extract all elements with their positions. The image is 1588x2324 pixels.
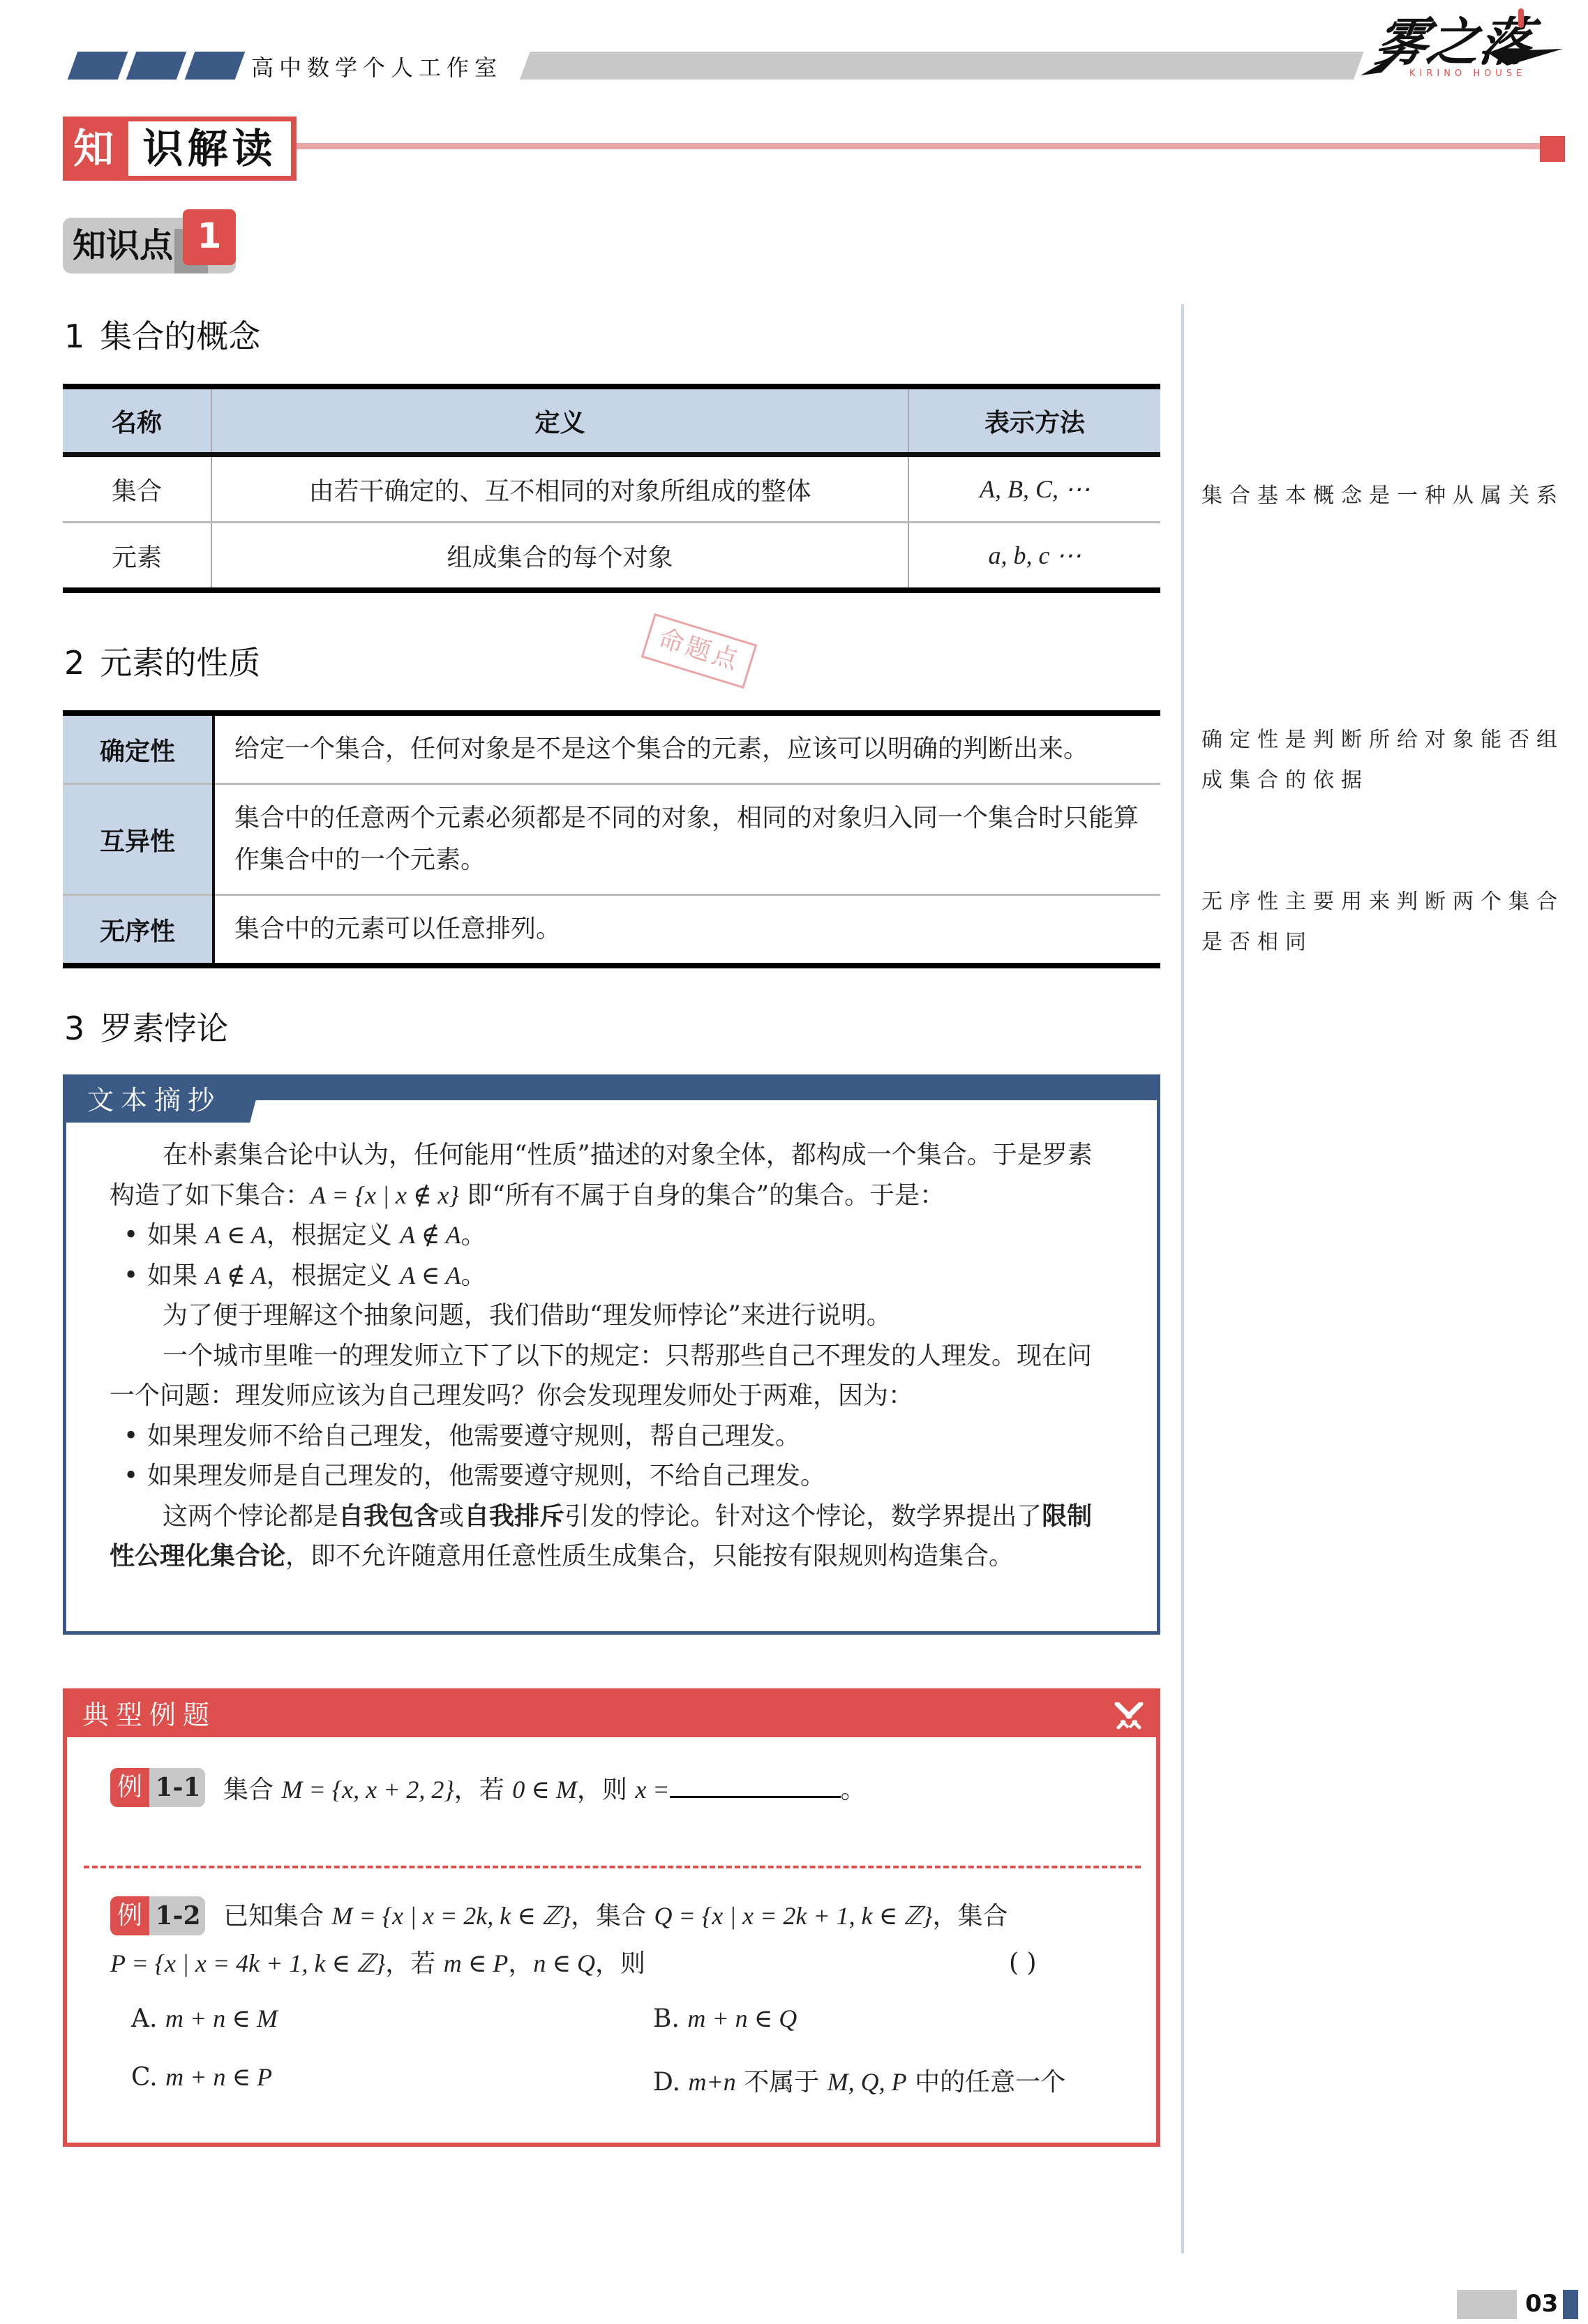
- property-description: 集合中的任意两个元素必须都是不同的对象，相同的对象归入同一个集合时只能算作集合中…: [214, 784, 1160, 895]
- paragraph: 这两个悖论都是自我包含或自我排斥引发的悖论。针对这个悖论，数学界提出了限制性公理…: [110, 1497, 1114, 1577]
- option-d[interactable]: D. m+n 不属于 M, Q, P 中的任意一个: [653, 2062, 1065, 2098]
- table-row: 元素 组成集合的每个对象 a, b, c ⋯: [63, 523, 1160, 591]
- margin-note-2: 确定性是判断所给对象能否组成集合的依据: [1201, 720, 1571, 801]
- footer-gray-block: [1457, 2290, 1517, 2319]
- table-header-row: 名称 定义 表示方法: [63, 387, 1160, 455]
- knowledge-point-number: 1: [183, 209, 236, 265]
- cell-definition: 组成集合的每个对象: [211, 523, 908, 591]
- crossed-swords-icon: [1114, 1702, 1144, 1730]
- example-tag-1-1: 例 1-1: [110, 1768, 205, 1807]
- bullet-item: 如果理发师是自己理发的，他需要遵守规则，不给自己理发。: [110, 1456, 1114, 1497]
- cell-notation: a, b, c ⋯: [908, 523, 1160, 591]
- cell-name: 元素: [63, 523, 211, 591]
- section-title-rest: 识解读: [128, 121, 291, 176]
- heading-text: 罗素悖论: [100, 1010, 228, 1047]
- excerpt-title: 文本摘抄: [87, 1081, 221, 1120]
- column-header-notation: 表示方法: [908, 387, 1160, 455]
- property-description: 集合中的元素可以任意排列。: [214, 895, 1160, 966]
- bold-term: 自我包含: [338, 1502, 439, 1531]
- paragraph: 一个城市里唯一的理发师立下了以下的规定：只帮那些自己不理发的人理发。现在问一个问…: [110, 1336, 1114, 1416]
- element-properties-table: 确定性 给定一个集合，任何对象是不是这个集合的元素，应该可以明确的判断出来。 互…: [63, 710, 1160, 968]
- header-stripe-1: [68, 52, 128, 80]
- property-description: 给定一个集合，任何对象是不是这个集合的元素，应该可以明确的判断出来。: [214, 713, 1160, 784]
- example-1-1-question: 集合 M = {x, x + 2, 2}，若 0 ∈ M，则 x =。: [223, 1768, 866, 1810]
- studio-title: 高中数学个人工作室: [251, 50, 502, 82]
- table-row: 互异性 集合中的任意两个元素必须都是不同的对象，相同的对象归入同一个集合时只能算…: [63, 784, 1160, 895]
- logo-subtext: KIRINO HOUSE: [1409, 68, 1526, 79]
- section-divider-line: [297, 143, 1542, 149]
- cell-name: 集合: [63, 455, 211, 523]
- option-a[interactable]: A. m + n ∈ M: [131, 2004, 278, 2033]
- answer-blank[interactable]: [670, 1768, 841, 1798]
- header-stripe-2: [126, 52, 187, 80]
- set-concept-table: 名称 定义 表示方法 集合 由若干确定的、互不相同的对象所组成的整体 A, B,…: [63, 384, 1160, 593]
- cell-definition: 由若干确定的、互不相同的对象所组成的整体: [211, 455, 908, 523]
- heading-number: 1: [64, 317, 84, 355]
- heading-text: 集合的概念: [100, 317, 260, 355]
- paragraph: 为了便于理解这个抽象问题，我们借助“理发师悖论”来进行说明。: [110, 1296, 1114, 1336]
- option-b[interactable]: B. m + n ∈ Q: [653, 2004, 797, 2033]
- example-1-2-line-1: 已知集合 M = {x | x = 2k, k ∈ ℤ}，集合 Q = {x |…: [223, 1896, 1008, 1936]
- excerpt-body: 在朴素集合论中认为，任何能用“性质”描述的对象全体，都构成一个集合。于是罗素构造…: [110, 1135, 1114, 1577]
- example-1-2-line-2: P = {x | x = 4k + 1, k ∈ ℤ}，若 m ∈ P，n ∈ …: [110, 1944, 645, 1984]
- column-header-definition: 定义: [211, 387, 908, 455]
- table-row: 无序性 集合中的元素可以任意排列。: [63, 895, 1160, 966]
- heading-russell-paradox: 3罗素悖论: [64, 1003, 228, 1049]
- answer-parentheses[interactable]: ( ): [1009, 1944, 1037, 1983]
- heading-number: 2: [64, 644, 84, 682]
- heading-concept: 1集合的概念: [64, 311, 260, 357]
- example-tag-1-2: 例 1-2: [110, 1896, 205, 1935]
- exam-point-stamp: 命题点: [641, 613, 758, 689]
- table-row: 确定性 给定一个集合，任何对象是不是这个集合的元素，应该可以明确的判断出来。: [63, 713, 1160, 784]
- heading-element-properties: 2元素的性质: [64, 638, 260, 684]
- bold-term: 自我排斥: [464, 1502, 564, 1531]
- knowledge-point-label: 知识点: [73, 223, 173, 268]
- examples-title: 典型例题: [82, 1697, 216, 1733]
- column-header-name: 名称: [63, 387, 211, 455]
- margin-note-3: 无序性主要用来判断两个集合是否相同: [1201, 882, 1571, 963]
- examples-header: 典型例题: [67, 1693, 1156, 1737]
- heading-number: 3: [64, 1010, 84, 1047]
- cell-notation: A, B, C, ⋯: [908, 455, 1160, 523]
- bullet-item: 如果 A ∈ A，根据定义 A ∉ A。: [110, 1215, 1114, 1256]
- bullet-item: 如果 A ∉ A，根据定义 A ∈ A。: [110, 1256, 1114, 1296]
- section-title-first-char: 知: [68, 121, 119, 177]
- section-divider-end-square: [1540, 136, 1565, 162]
- brand-logo: 雾之落 KIRINO HOUSE: [1354, 3, 1563, 81]
- property-name: 无序性: [63, 895, 214, 966]
- footer-blue-block: [1563, 2290, 1578, 2319]
- option-c[interactable]: C. m + n ∈ P: [131, 2062, 272, 2092]
- margin-note-1: 集合基本概念是一种从属关系: [1201, 476, 1571, 516]
- math-expression: A = {x | x ∉ x}: [310, 1181, 459, 1209]
- margin-divider: [1181, 304, 1184, 2254]
- text-excerpt-box: 文本摘抄 在朴素集合论中认为，任何能用“性质”描述的对象全体，都构成一个集合。于…: [63, 1074, 1160, 1635]
- svg-text:雾之落: 雾之落: [1372, 11, 1543, 73]
- typical-examples-box: 典型例题 例 1-1 集合 M = {x, x + 2, 2}，若 0 ∈ M，…: [63, 1688, 1160, 2147]
- header-stripe-3: [185, 52, 246, 80]
- excerpt-title-tab: 文本摘抄: [66, 1078, 262, 1123]
- paragraph: 在朴素集合论中认为，任何能用“性质”描述的对象全体，都构成一个集合。于是罗素构造…: [110, 1135, 1114, 1215]
- table-row: 集合 由若干确定的、互不相同的对象所组成的整体 A, B, C, ⋯: [63, 455, 1160, 523]
- page-number: 03: [1525, 2288, 1558, 2319]
- heading-text: 元素的性质: [100, 644, 260, 682]
- example-separator: [84, 1866, 1141, 1868]
- property-name: 确定性: [63, 713, 214, 784]
- property-name: 互异性: [63, 784, 214, 895]
- bullet-item: 如果理发师不给自己理发，他需要遵守规则，帮自己理发。: [110, 1416, 1114, 1457]
- header-gray-bar: [520, 52, 1364, 80]
- section-title-box: 知 识解读: [63, 117, 297, 181]
